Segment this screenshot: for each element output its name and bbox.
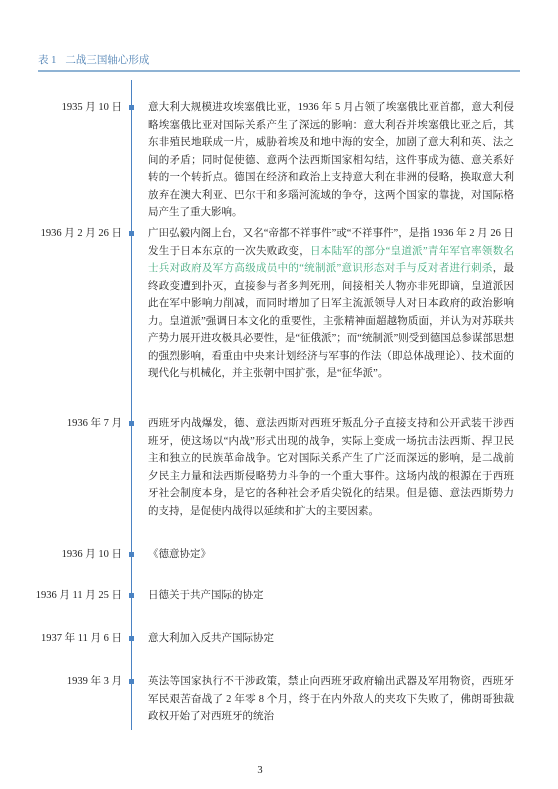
entry-date: 1936 月 11 月 25 日 xyxy=(0,587,122,605)
entry-date: 1935 月 10 日 xyxy=(0,99,122,117)
timeline-marker xyxy=(129,105,134,110)
entry-date: 1936 年 7 月 xyxy=(0,415,122,433)
body-text: 《德意协定》 xyxy=(148,549,211,560)
entry-text: 英法等国家执行不干涉政策，禁止向西班牙政府输出武器及军用物资，西班牙军民艰苦奋战… xyxy=(148,673,514,726)
entry-date: 1936 月 2 月 26 日 xyxy=(0,225,122,243)
body-text: 意大利加入反共产国际协定 xyxy=(148,633,274,644)
entry-date: 1939 年 3 月 xyxy=(0,673,122,691)
timeline-marker xyxy=(129,679,134,684)
timeline-marker xyxy=(129,593,134,598)
timeline-axis xyxy=(131,80,133,730)
entry-date: 1937 年 11 月 6 日 xyxy=(0,630,122,648)
entry-text: 西班牙内战爆发，德、意法西斯对西班牙叛乱分子直接支持和公开武装干涉西班牙，使这场… xyxy=(148,415,514,520)
timeline-marker xyxy=(129,421,134,426)
entry-text: 《德意协定》 xyxy=(148,546,514,564)
entry-text: 意大利大规模进攻埃塞俄比亚，1936 年 5 月占领了埃塞俄比亚首都，意大利侵略… xyxy=(148,99,514,222)
document-page: 表 1二战三国轴心形成 1935 月 10 日意大利大规模进攻埃塞俄比亚，193… xyxy=(0,0,558,789)
table-caption: 表 1二战三国轴心形成 xyxy=(38,54,149,68)
entry-text: 意大利加入反共产国际协定 xyxy=(148,630,514,648)
entry-text: 广田弘毅内阁上台，又名“帝都不祥事件”或“不祥事件”，是指 1936 年 2 月… xyxy=(148,225,514,383)
body-text: ，最终政变遭到扑灭，直接参与者多判死刑，间接相关人物亦非死即谪，皇道派因此在军中… xyxy=(148,263,514,379)
entry-date: 1936 月 10 日 xyxy=(0,546,122,564)
table-label: 表 1 xyxy=(38,55,56,66)
body-text: 西班牙内战爆发，德、意法西斯对西班牙叛乱分子直接支持和公开武装干涉西班牙，使这场… xyxy=(148,418,514,517)
body-text: 意大利大规模进攻埃塞俄比亚，1936 年 5 月占领了埃塞俄比亚首都，意大利侵略… xyxy=(148,102,514,218)
timeline-marker xyxy=(129,636,134,641)
timeline-marker xyxy=(129,231,134,236)
timeline-marker xyxy=(129,552,134,557)
caption-rule xyxy=(38,70,520,72)
table-title: 二战三国轴心形成 xyxy=(65,55,149,66)
body-text: 英法等国家执行不干涉政策，禁止向西班牙政府输出武器及军用物资，西班牙军民艰苦奋战… xyxy=(148,676,514,722)
page-number: 3 xyxy=(0,765,520,776)
body-text: 日德关于共产国际的协定 xyxy=(148,590,264,601)
entry-text: 日德关于共产国际的协定 xyxy=(148,587,514,605)
